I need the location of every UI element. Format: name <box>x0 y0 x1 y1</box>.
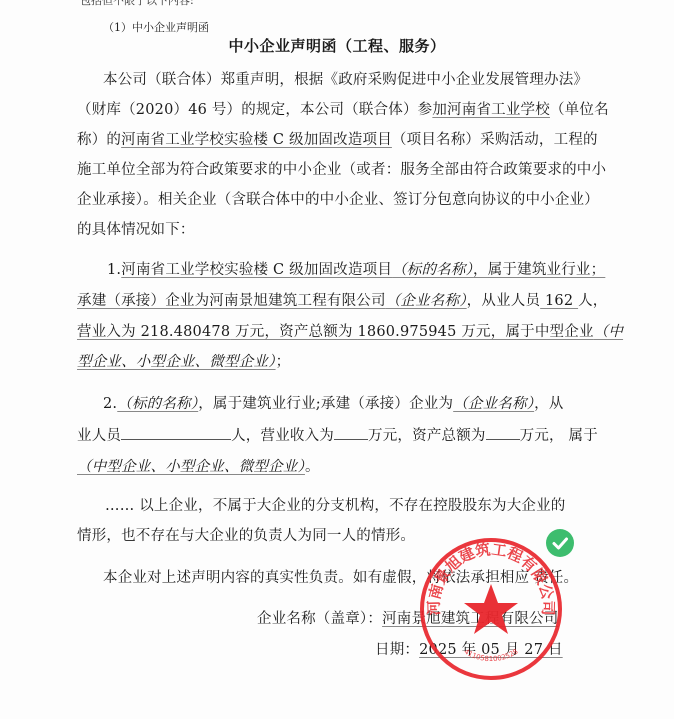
item2-line-3: （中型企业、小型企业、微型企业）。 <box>77 455 320 476</box>
item2-project-hint: （标的名称） <box>117 396 198 412</box>
statement-line-1: …… 以上企业，不属于大企业的分支机构，不存在控股股东为大企业的 <box>105 494 566 515</box>
date-label: 日期： <box>375 642 419 658</box>
cutoff-text-line: 包括但不限于以下内容: <box>80 0 194 8</box>
item-number: 2. <box>103 396 117 412</box>
item1-staff-value: 162 <box>540 293 578 309</box>
item2-staff-blank <box>121 425 231 440</box>
item2-end: 。 <box>305 459 320 475</box>
item1-size-hint: （中 <box>594 324 623 340</box>
item1-contractor: 承建（承接）企业为河南景旭建筑工程有限公司 <box>77 293 386 309</box>
item1-assets-value: 1860.975945 <box>357 324 456 340</box>
item2-staff-label: 业人员 <box>77 428 121 444</box>
intro-text: （单位名 <box>550 102 609 118</box>
item1-size-hint: 型企业、小型企业、微型企业） <box>77 354 276 370</box>
item2-line-1: 2.（标的名称），属于建筑业行业;承建（承接）企业为（企业名称），从 <box>103 392 564 413</box>
intro-line-3: 称）的河南省工业学校实验楼 C 级加固改造项目（项目名称）采购活动，工程的 <box>77 128 598 149</box>
item1-project-hint: （标的名称） <box>392 262 473 278</box>
item1-revenue-label: 营业入为 <box>77 324 141 340</box>
item1-industry: ，属于建筑业行业； <box>473 262 605 278</box>
document-page: 包括但不限于以下内容: （1）中小企业声明函 中小企业声明函（工程、服务） 本公… <box>0 0 674 719</box>
intro-text: 称）的 <box>77 132 121 148</box>
intro-line-1: 本公司（联合体）郑重声明，根据《政府采购促进中小企业发展管理办法》 <box>103 68 588 89</box>
item2-tail: ，从 <box>534 396 563 412</box>
item2-revenue-label: 人，营业收入为 <box>231 428 334 444</box>
item2-size-hint: （中型企业、小型企业、微型企业） <box>77 459 305 475</box>
item2-assets-label: 万元，资产总额为 <box>368 428 486 444</box>
section-label: （1）中小企业声明函 <box>103 19 209 35</box>
intro-line-5: 企业承接）。相关企业（含联合体中的中小企业、签订分包意向协议的中小企业） <box>77 188 599 209</box>
check-icon[interactable] <box>546 529 574 557</box>
item1-staff-label: ，从业人员 <box>467 293 541 309</box>
intro-text: （项目名称）采购活动，工程的 <box>392 132 598 148</box>
svg-text:4110581002528: 4110581002528 <box>463 648 520 664</box>
intro-line-2: （财库（2020）46 号）的规定，本公司（联合体）参加河南省工业学校（单位名 <box>77 98 609 119</box>
item1-end: ； <box>276 354 291 370</box>
item2-assets-blank <box>486 425 520 440</box>
intro-text: （财库（2020）46 号）的规定，本公司（联合体）参 <box>77 102 432 118</box>
item2-line-2: 业人员人，营业收入为万元，资产总额为万元， 属于 <box>77 424 598 445</box>
item2-revenue-blank <box>334 425 368 440</box>
item1-staff-unit: 人， <box>578 293 607 309</box>
statement-line-2: 情形，也不存在与大企业的负责人为同一人的情形。 <box>77 524 415 545</box>
intro-line-4: 施工单位全部为符合政策要求的中小企业（或者：服务全部由符合政策要求的中小 <box>77 158 606 179</box>
intro-line-6: 的具体情况如下： <box>77 218 195 239</box>
item1-size: 万元，属于中型企业 <box>457 324 594 340</box>
page-title: 中小企业声明函（工程、服务） <box>0 35 674 56</box>
item1-line-3: 营业入为 218.480478 万元，资产总额为 1860.975945 万元，… <box>77 320 623 341</box>
item1-contractor-hint: （企业名称） <box>386 293 467 309</box>
project-name: 河南省工业学校实验楼 C 级加固改造项目 <box>121 132 392 148</box>
company-seal-stamp: 河南景旭建筑工程有限公司 4110581002528 <box>418 536 564 682</box>
item1-assets-label: 万元，资产总额为 <box>230 324 357 340</box>
item1-revenue-value: 218.480478 <box>141 324 231 340</box>
purchaser-name: 加河南省工业学校 <box>432 102 550 118</box>
item2-size-label: 万元， 属于 <box>520 428 598 444</box>
item2-industry: ，属于建筑业行业;承建（承接）企业为 <box>198 396 453 412</box>
checkmark-glyph-icon <box>546 529 574 557</box>
item-number: 1. <box>107 262 121 278</box>
item1-line-4: 型企业、小型企业、微型企业）； <box>77 350 290 371</box>
item2-contractor-hint: （企业名称） <box>453 396 534 412</box>
item1-line-2: 承建（承接）企业为河南景旭建筑工程有限公司（企业名称），从业人员 162 人， <box>77 289 607 310</box>
item1-project: 河南省工业学校实验楼 C 级加固改造项目 <box>121 262 392 278</box>
company-label: 企业名称（盖章）： <box>257 611 382 627</box>
item1-line-1: 1.河南省工业学校实验楼 C 级加固改造项目（标的名称），属于建筑业行业； <box>107 258 605 279</box>
